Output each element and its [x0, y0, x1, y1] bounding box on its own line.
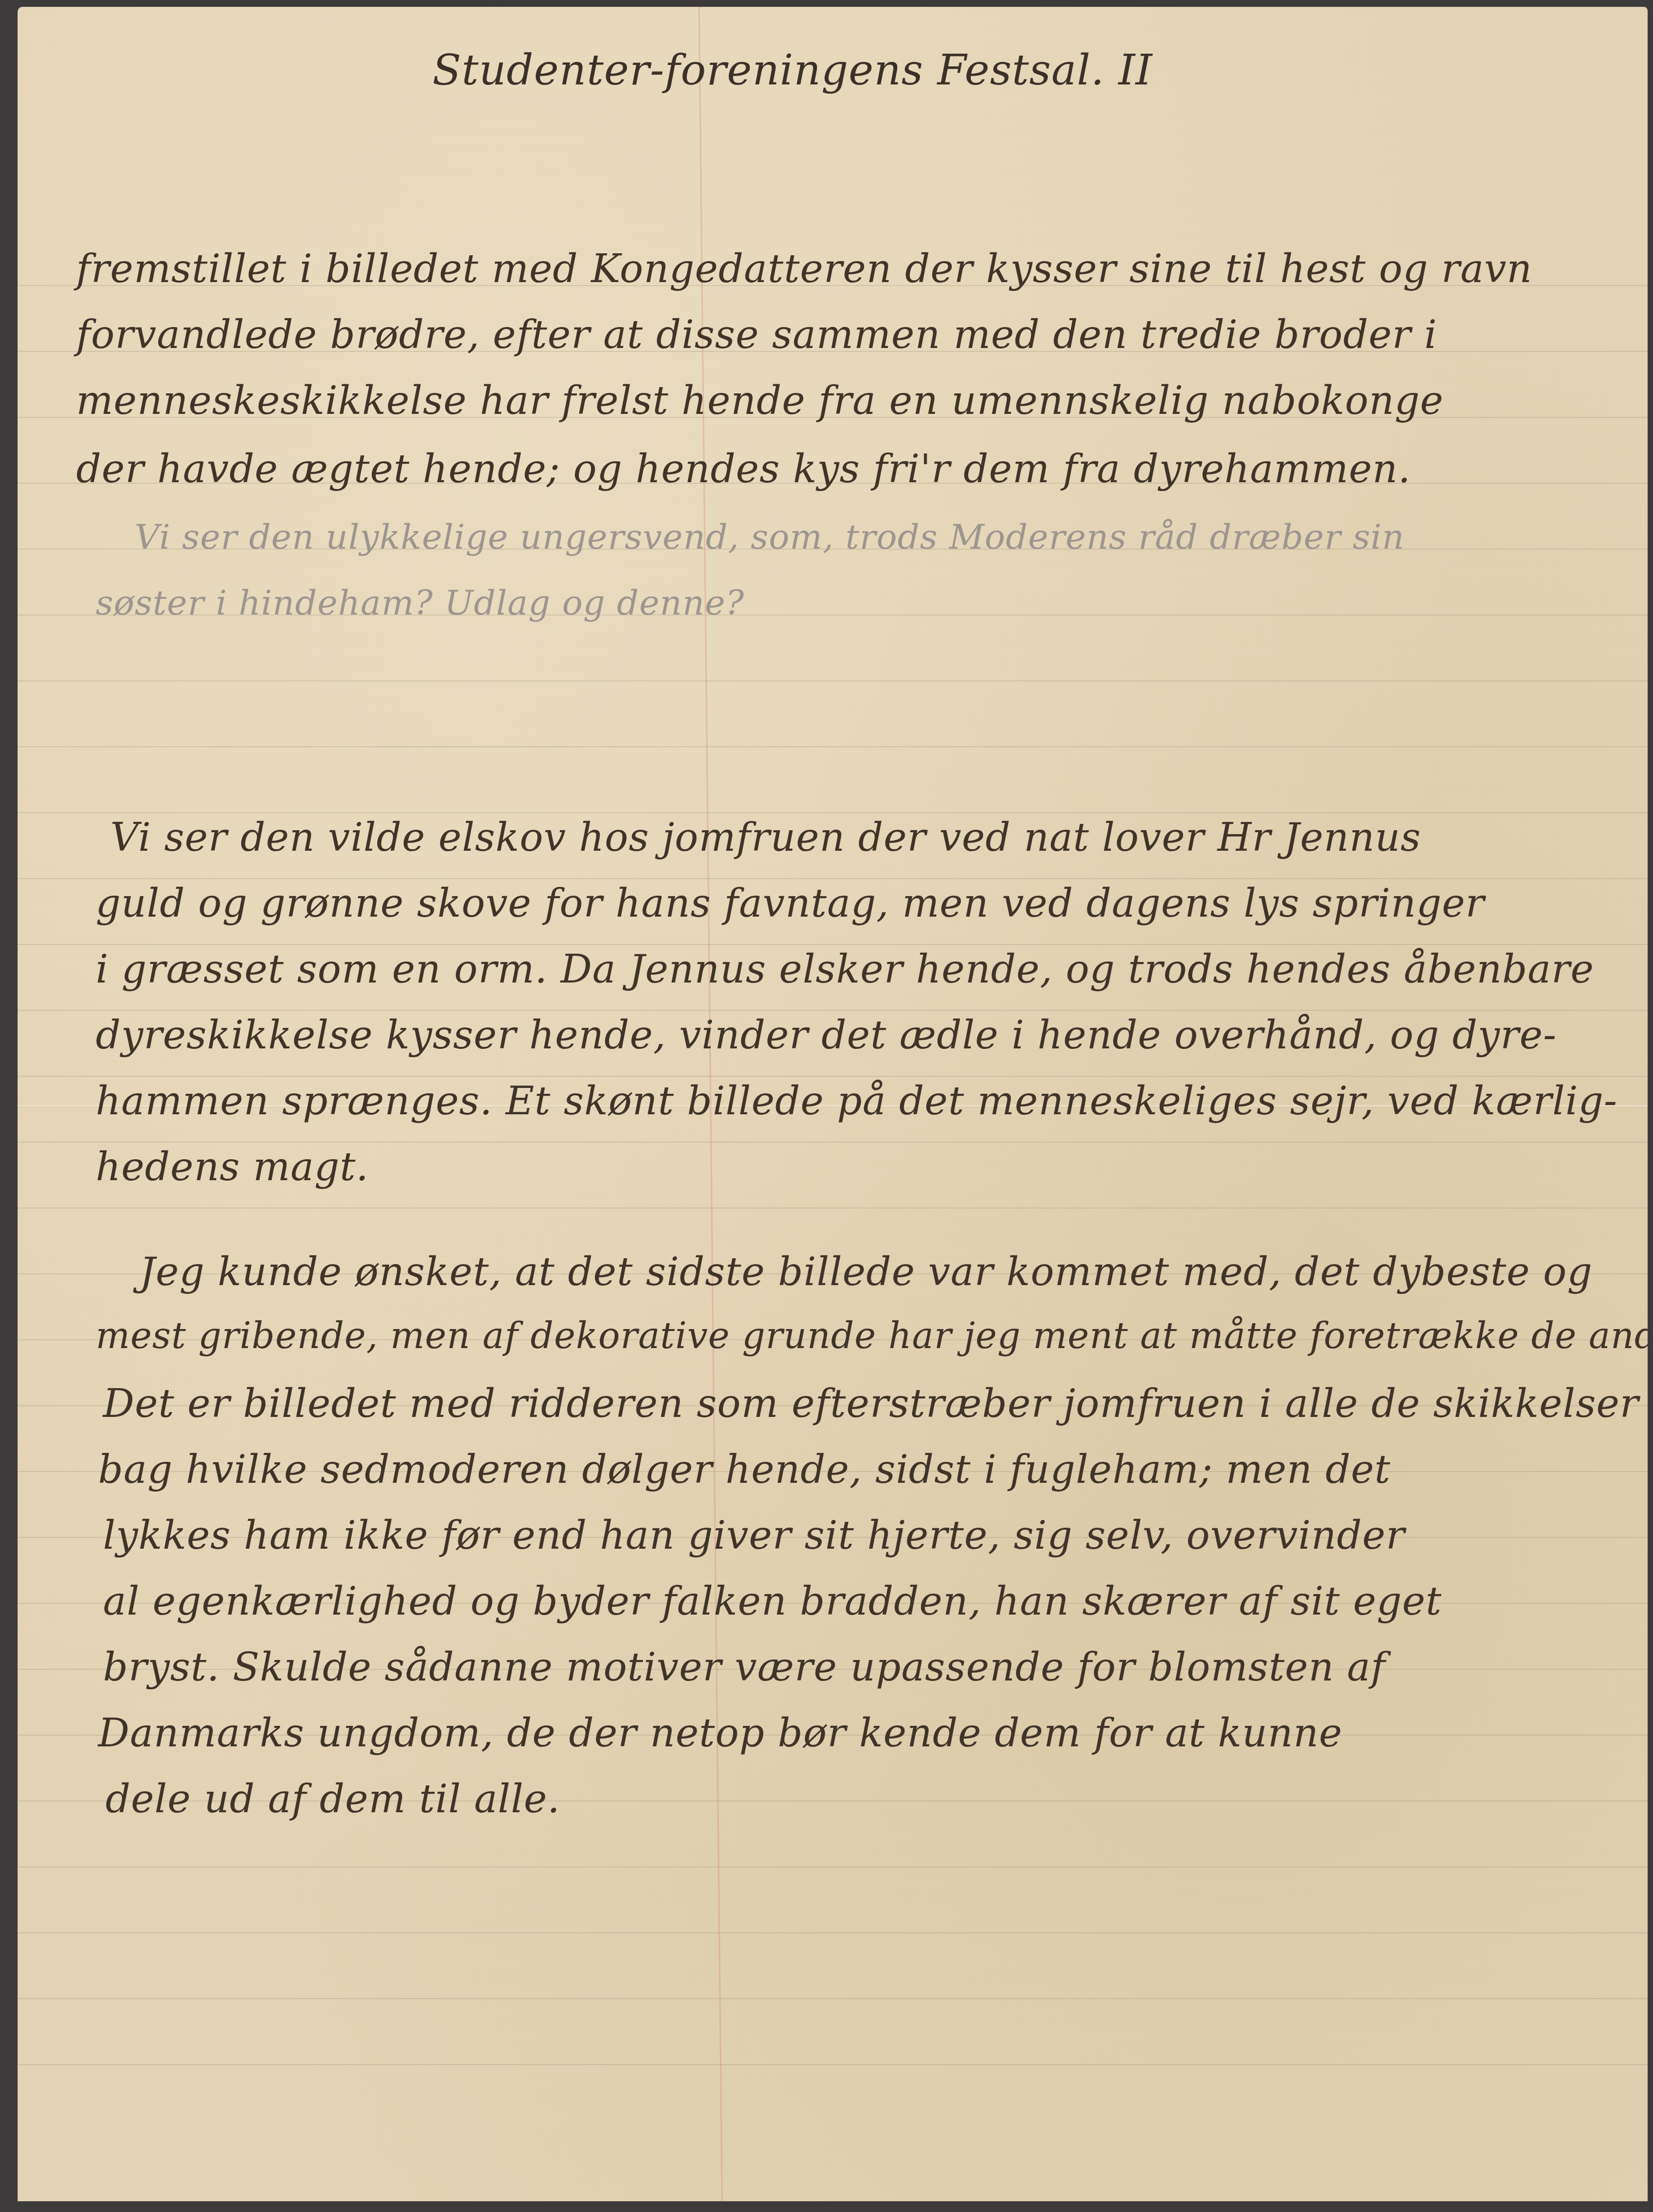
text-line: forvandlede brødre, efter at disse samme… [76, 312, 1437, 357]
ruled-line [18, 878, 1648, 879]
ruled-line [18, 1932, 1648, 1933]
ruled-line [18, 1998, 1648, 1999]
ruled-line [18, 1866, 1648, 1867]
ruled-line [18, 944, 1648, 945]
page-title: Studenter-foreningens Festsal. II [432, 46, 1153, 95]
ruled-line [18, 680, 1648, 681]
text-line: Jeg kunde ønsket, at det sidste billede … [140, 1249, 1592, 1294]
text-line: menneskeskikkelse har frelst hende fra e… [76, 378, 1444, 423]
text-line: guld og grønne skove for hans favntag, m… [96, 881, 1485, 926]
text-line: fremstillet i billedet med Kongedatteren… [76, 246, 1532, 291]
ruled-line [18, 1076, 1648, 1077]
text-line: hedens magt. [96, 1144, 369, 1189]
ruled-line [18, 1208, 1648, 1208]
ruled-line [18, 1142, 1648, 1143]
text-line: lykkes ham ikke før end han giver sit hj… [103, 1513, 1405, 1558]
text-line: dyreskikkelse kysser hende, vinder det æ… [96, 1012, 1557, 1058]
ruled-line [18, 2064, 1648, 2065]
text-line: al egenkærlighed og byder falken bradden… [103, 1578, 1442, 1624]
text-line: hammen sprænges. Et skønt billede på det… [96, 1078, 1617, 1124]
text-line: Danmarks ungdom, de der netop bør kende … [98, 1710, 1343, 1756]
ruled-line [18, 746, 1648, 747]
ruled-line [18, 812, 1648, 813]
manuscript-page: Studenter-foreningens Festsal. II fremst… [18, 7, 1648, 2201]
pencil-note-line: Vi ser den ulykkelige ungersvend, som, t… [135, 517, 1405, 557]
text-line: der havde ægtet hende; og hendes kys fri… [76, 446, 1411, 492]
text-line: Det er billedet med ridderen som efterst… [103, 1381, 1639, 1426]
text-line: mest gribende, men af dekorative grunde … [96, 1315, 1648, 1357]
text-line: bag hvilke sedmoderen dølger hende, sids… [98, 1447, 1391, 1492]
text-line: i græsset som en orm. Da Jennus elsker h… [96, 946, 1594, 992]
text-line: Vi ser den vilde elskov hos jomfruen der… [110, 815, 1421, 860]
text-line: dele ud af dem til alle. [105, 1776, 560, 1822]
pencil-note-line: søster i hindeham? Udlag og denne? [96, 583, 744, 623]
ruled-line [18, 1010, 1648, 1011]
text-line: bryst. Skulde sådanne motiver være upass… [103, 1644, 1386, 1690]
